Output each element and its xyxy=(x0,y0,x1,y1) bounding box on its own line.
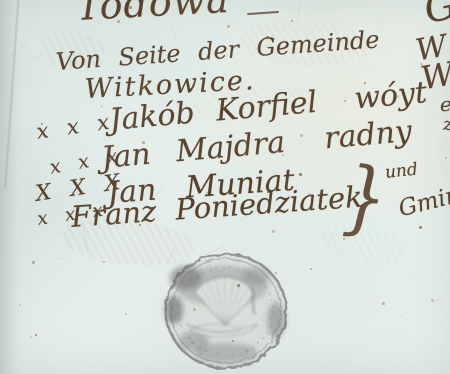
foxing-speck xyxy=(125,313,127,315)
edge-fragment: e xyxy=(440,92,450,116)
foxing-speck xyxy=(299,173,302,176)
foxing-speck xyxy=(266,36,269,39)
foxing-speck xyxy=(310,268,312,270)
foxing-speck xyxy=(117,20,120,23)
foxing-speck xyxy=(19,304,21,306)
seal-grain xyxy=(166,254,286,368)
foxing-speck xyxy=(291,20,293,22)
foxing-speck xyxy=(41,123,43,125)
foxing-speck xyxy=(237,284,240,287)
edge-fragment: z xyxy=(443,114,450,135)
foxing-speck xyxy=(191,341,194,344)
grouping-brace: } xyxy=(340,156,389,239)
foxing-speck xyxy=(282,154,284,156)
foxing-speck xyxy=(402,316,403,317)
foxing-speck xyxy=(129,6,132,9)
foxing-speck xyxy=(69,348,70,349)
foxing-speck xyxy=(308,193,311,196)
edge-fragment: G xyxy=(420,0,450,33)
foxing-speck xyxy=(431,299,434,302)
paper-fiber xyxy=(378,10,385,27)
foxing-speck xyxy=(80,167,82,169)
signature-marks: x x x xyxy=(35,109,116,144)
pen-stroke-dash xyxy=(247,11,279,16)
header-flourish-word: Todowa xyxy=(75,0,231,29)
foxing-speck xyxy=(142,141,145,144)
foxing-speck xyxy=(103,261,105,263)
paper-fiber xyxy=(53,258,63,260)
foxing-speck xyxy=(396,95,399,98)
foxing-speck xyxy=(35,334,37,336)
edge-fragment: W xyxy=(418,54,450,97)
foxing-speck xyxy=(275,272,277,274)
foxing-speck xyxy=(272,230,275,233)
foxing-speck xyxy=(227,25,230,28)
foxing-speck xyxy=(445,157,447,159)
paper-fiber xyxy=(296,0,303,23)
round-ink-seal-stamp xyxy=(156,248,296,374)
foxing-speck xyxy=(419,226,422,229)
foxing-speck xyxy=(382,302,385,305)
foxing-speck xyxy=(300,134,303,137)
brace-note-line1: und xyxy=(384,160,419,183)
foxing-speck xyxy=(30,336,32,338)
foxing-speck xyxy=(139,224,141,226)
manuscript-page: Todowa Von Seite der Gemeinde Witkowice.… xyxy=(0,0,450,374)
foxing-speck xyxy=(420,63,423,66)
foxing-speck xyxy=(193,308,196,311)
foxing-speck xyxy=(242,107,244,109)
foxing-speck xyxy=(101,106,102,107)
foxing-speck xyxy=(364,82,366,84)
brace-note-line2: Gmini xyxy=(396,180,450,222)
foxing-speck xyxy=(32,261,35,264)
